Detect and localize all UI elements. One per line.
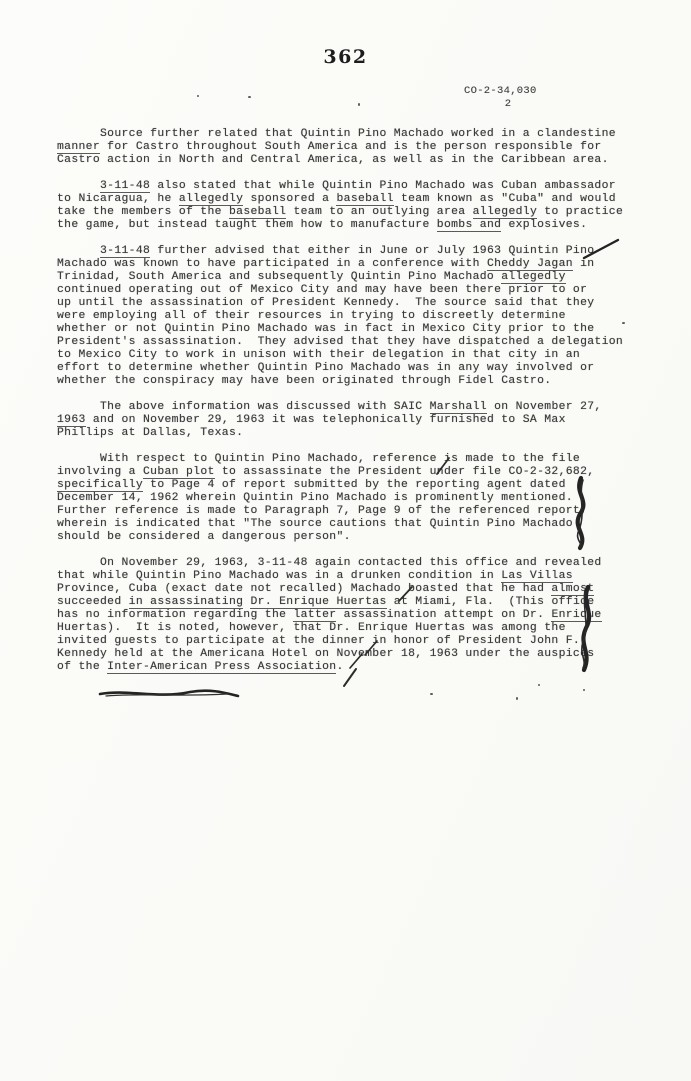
file-reference-block: CO-2-34,030 2	[464, 85, 552, 111]
text-line: Phillips at Dallas, Texas.	[57, 427, 641, 440]
paragraph: 3-11-48 further advised that either in J…	[57, 245, 641, 388]
text-line: With respect to Quintin Pino Machado, re…	[57, 453, 641, 466]
text-line: President's assassination. They advised …	[57, 336, 641, 349]
text-line: continued operating out of Mexico City a…	[57, 284, 641, 297]
text-line: invited guests to participate at the din…	[57, 635, 641, 648]
underlined-phrase: Las Villas	[501, 570, 573, 583]
underlined-phrase: baseball	[336, 193, 393, 206]
scan-speck	[516, 697, 518, 700]
text-line: the game, but instead taught them how to…	[57, 219, 641, 232]
text-line: wherein is indicated that "The source ca…	[57, 518, 641, 531]
file-number: CO-2-34,030	[464, 85, 552, 98]
underlined-phrase: 3-11-48	[100, 180, 150, 193]
scan-speck	[358, 103, 360, 106]
underlined-phrase: Inter-American Press Association	[107, 661, 336, 674]
underlined-phrase: bombs and	[437, 219, 502, 232]
underlined-phrase: allegedly	[179, 193, 244, 206]
text-line: Huertas). It is noted, however, that Dr.…	[57, 622, 641, 635]
text-line: 3-11-48 also stated that while Quintin P…	[57, 180, 641, 193]
scan-speck	[430, 693, 433, 695]
text-line: whether the conspiracy may have been ori…	[57, 375, 641, 388]
text-line: up until the assassination of President …	[57, 297, 641, 310]
pen-wavy-underline-mark	[100, 691, 238, 696]
underlined-phrase: Enrique	[551, 609, 601, 622]
paragraph: Source further related that Quintin Pino…	[57, 128, 641, 167]
text-line: effort to determine whether Quintin Pino…	[57, 362, 641, 375]
scan-speck	[197, 95, 199, 97]
memo-page-number: 2	[464, 98, 552, 111]
text-line: The above information was discussed with…	[57, 401, 641, 414]
text-line: Source further related that Quintin Pino…	[57, 128, 641, 141]
text-line: On November 29, 1963, 3-11-48 again cont…	[57, 557, 641, 570]
pen-wavy-underline-mark	[106, 694, 228, 696]
underlined-phrase: in assassinating	[129, 596, 244, 609]
underlined-phrase: almost	[551, 583, 594, 596]
underlined-phrase: Cheddy Jagan	[487, 258, 573, 271]
text-line: should be considered a dangerous person"…	[57, 531, 641, 544]
underlined-phrase: Dr. Enrique Huertas	[250, 596, 386, 609]
underlined-phrase: Cuban plot	[143, 466, 215, 479]
underlined-phrase: 1963	[57, 414, 86, 427]
text-line: Kennedy held at the Americana Hotel on N…	[57, 648, 641, 661]
underlined-phrase: 3-11-48	[100, 245, 150, 258]
text-line: of the Inter-American Press Association.	[57, 661, 641, 674]
paragraph: The above information was discussed with…	[57, 401, 641, 440]
text-line: Trinidad, South America and subsequently…	[57, 271, 641, 284]
scan-speck	[248, 96, 251, 98]
text-line: Further reference is made to Paragraph 7…	[57, 505, 641, 518]
underlined-phrase: allegedly	[473, 206, 538, 219]
scanned-document-page: 362 CO-2-34,030 2 Source further related…	[0, 0, 691, 1081]
text-line: were employing all of their resources in…	[57, 310, 641, 323]
underlined-phrase: manner	[57, 141, 100, 154]
text-line: that while Quintin Pino Machado was in a…	[57, 570, 641, 583]
paragraph: With respect to Quintin Pino Machado, re…	[57, 453, 641, 544]
text-line: has no information regarding the latter …	[57, 609, 641, 622]
text-line: succeeded in assassinating Dr. Enrique H…	[57, 596, 641, 609]
text-line: Province, Cuba (exact date not recalled)…	[57, 583, 641, 596]
text-line: take the members of the baseball team to…	[57, 206, 641, 219]
scan-speck	[538, 684, 540, 686]
text-line: involving a Cuban plot to assassinate th…	[57, 466, 641, 479]
underlined-phrase: specifically	[57, 479, 143, 492]
text-line: specifically to Page 4 of report submitt…	[57, 479, 641, 492]
text-line: December 14, 1962 wherein Quintin Pino M…	[57, 492, 641, 505]
text-line: 1963 and on November 29, 1963 it was tel…	[57, 414, 641, 427]
text-line: whether or not Quintin Pino Machado was …	[57, 323, 641, 336]
paragraph: On November 29, 1963, 3-11-48 again cont…	[57, 557, 641, 674]
text-line: to Nicaragua, he allegedly sponsored a b…	[57, 193, 641, 206]
underlined-phrase: Marshall	[430, 401, 487, 414]
text-line: Machado was known to have participated i…	[57, 258, 641, 271]
paragraph: 3-11-48 also stated that while Quintin P…	[57, 180, 641, 232]
scan-speck	[583, 689, 585, 691]
text-line: to Mexico City to work in unison with th…	[57, 349, 641, 362]
page-number-stamp: 362	[0, 46, 691, 68]
document-body: Source further related that Quintin Pino…	[57, 128, 641, 687]
underlined-phrase: allegedly	[501, 271, 566, 284]
text-line: manner for Castro throughout South Ameri…	[57, 141, 641, 154]
underlined-phrase: latter	[293, 609, 336, 622]
scan-speck	[622, 322, 625, 324]
underlined-phrase: baseball	[229, 206, 286, 219]
text-line: 3-11-48 further advised that either in J…	[57, 245, 641, 258]
text-line: Castro action in North and Central Ameri…	[57, 154, 641, 167]
